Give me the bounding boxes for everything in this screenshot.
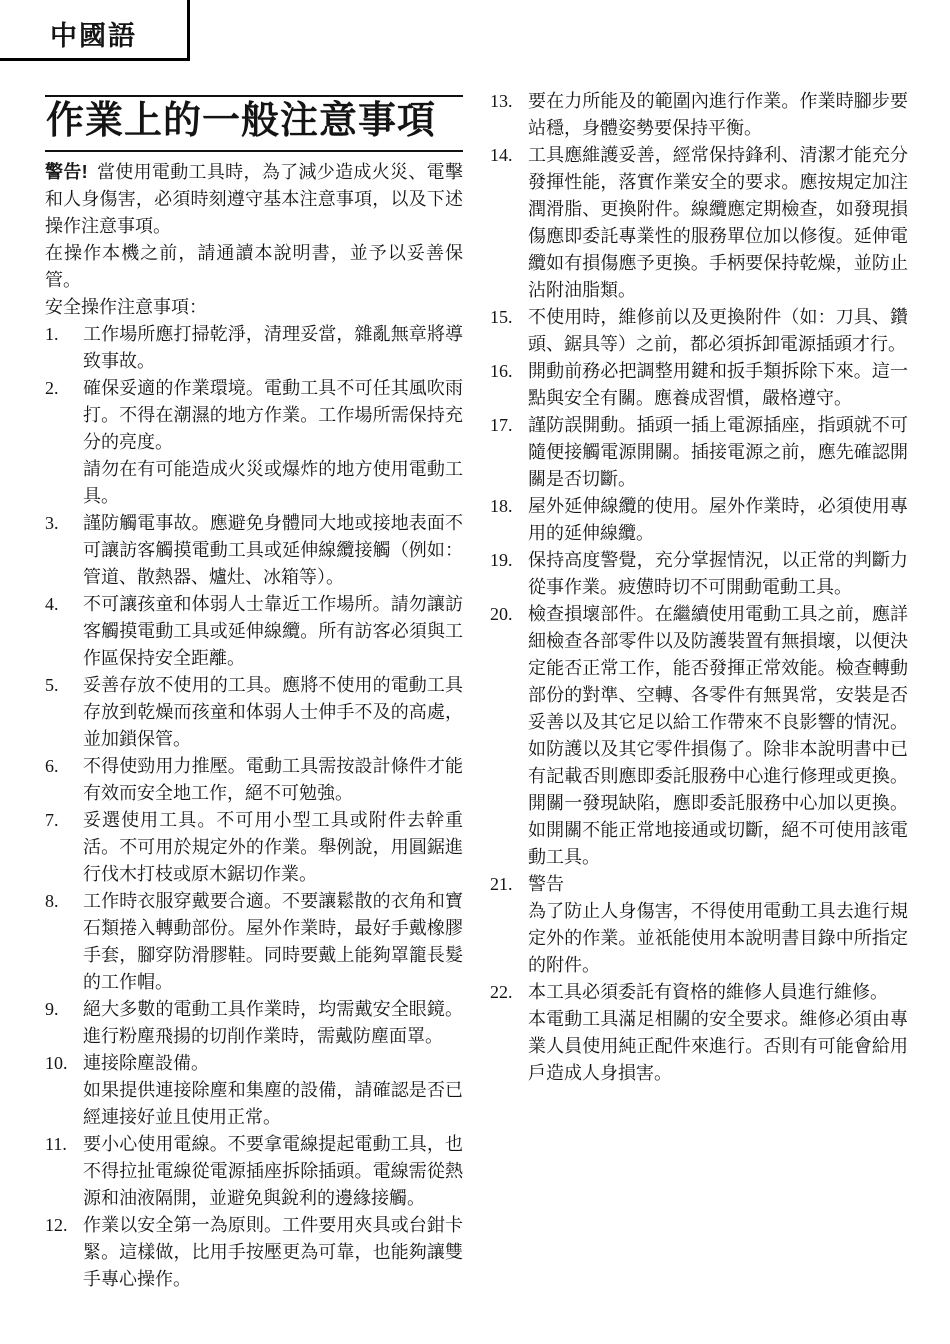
safety-item: 19. 保持高度警覺，充分掌握情況，以正常的判斷力從事作業。疲憊時切不可開動電動… [490, 547, 908, 601]
item-number: 16. [490, 358, 513, 385]
item-paragraph: 工作時衣服穿戴要合適。不要讓鬆散的衣角和寶石類捲入轉動部份。屋外作業時，最好手戴… [83, 888, 463, 996]
item-body: 不可讓孩童和体弱人士靠近工作場所。請勿讓訪客觸摸電動工具或延伸線纜。所有訪客必須… [83, 591, 463, 672]
item-body: 警告為了防止人身傷害，不得使用電動工具去進行規定外的作業。並祇能使用本說明書目錄… [528, 871, 908, 979]
item-paragraph: 妥善存放不使用的工具。應將不使用的電動工具存放到乾燥而孩童和体弱人士伸手不及的高… [83, 672, 463, 753]
item-body: 工作時衣服穿戴要合適。不要讓鬆散的衣角和寶石類捲入轉動部份。屋外作業時，最好手戴… [83, 888, 463, 996]
item-paragraph: 要在力所能及的範圍內進行作業。作業時腳步要站穩，身體姿勢要保持平衡。 [528, 88, 908, 142]
safety-item: 5. 妥善存放不使用的工具。應將不使用的電動工具存放到乾燥而孩童和体弱人士伸手不… [45, 672, 463, 753]
item-number: 12. [45, 1212, 68, 1239]
item-number: 4. [45, 591, 59, 618]
item-number: 6. [45, 753, 59, 780]
item-paragraph: 本工具必須委託有資格的維修人員進行維修。 [528, 979, 908, 1006]
item-paragraph: 檢查損壞部件。在繼續使用電動工具之前，應詳細檢查各部零件以及防護裝置有無損壞，以… [528, 601, 908, 871]
item-number: 5. [45, 672, 59, 699]
title-block: 作業上的一般注意事項 [45, 95, 463, 152]
item-paragraph: 保持高度警覺，充分掌握情況，以正常的判斷力從事作業。疲憊時切不可開動電動工具。 [528, 547, 908, 601]
item-paragraph: 確保妥適的作業環境。電動工具不可任其風吹雨打。不得在潮濕的地方作業。工作場所需保… [83, 375, 463, 456]
item-paragraph: 屋外延伸線纜的使用。屋外作業時，必須使用專用的延伸線纜。 [528, 493, 908, 547]
item-paragraph: 要小心使用電線。不要拿電線提起電動工具，也不得拉扯電線從電源插座拆除插頭。電線需… [83, 1131, 463, 1212]
item-number: 10. [45, 1050, 68, 1077]
item-number: 19. [490, 547, 513, 574]
item-number: 7. [45, 807, 59, 834]
item-paragraph: 如果提供連接除塵和集塵的設備，請確認是否已經連接好並且使用正常。 [83, 1077, 463, 1131]
left-column: 作業上的一般注意事項 警告!當使用電動工具時，為了減少造成火災、電擊和人身傷害，… [45, 95, 463, 1293]
safety-item: 11. 要小心使用電線。不要拿電線提起電動工具，也不得拉扯電線從電源插座拆除插頭… [45, 1131, 463, 1212]
item-paragraph: 不可讓孩童和体弱人士靠近工作場所。請勿讓訪客觸摸電動工具或延伸線纜。所有訪客必須… [83, 591, 463, 672]
safety-item: 3. 謹防觸電事故。應避免身體同大地或接地表面不可讓訪客觸摸電動工具或延伸線纜接… [45, 510, 463, 591]
item-number: 17. [490, 412, 513, 439]
item-body: 謹防觸電事故。應避免身體同大地或接地表面不可讓訪客觸摸電動工具或延伸線纜接觸（例… [83, 510, 463, 591]
safety-item: 1. 工作場所應打掃乾淨，清理妥當，雜亂無章將導致事故。 [45, 321, 463, 375]
item-number: 9. [45, 996, 59, 1023]
item-number: 1. [45, 321, 59, 348]
item-paragraph: 謹防觸電事故。應避免身體同大地或接地表面不可讓訪客觸摸電動工具或延伸線纜接觸（例… [83, 510, 463, 591]
item-number: 3. [45, 510, 59, 537]
safety-item: 2. 確保妥適的作業環境。電動工具不可任其風吹雨打。不得在潮濕的地方作業。工作場… [45, 375, 463, 510]
item-number: 22. [490, 979, 513, 1006]
safety-item: 12. 作業以安全第一為原則。工件要用夾具或台鉗卡緊。這樣做，比用手按壓更為可靠… [45, 1212, 463, 1293]
safety-item: 8. 工作時衣服穿戴要合適。不要讓鬆散的衣角和寶石類捲入轉動部份。屋外作業時，最… [45, 888, 463, 996]
item-body: 本工具必須委託有資格的維修人員進行維修。本電動工具滿足相關的安全要求。維修必須由… [528, 979, 908, 1087]
item-number: 18. [490, 493, 513, 520]
manual-page: 中國語 作業上的一般注意事項 警告!當使用電動工具時，為了減少造成火災、電擊和人… [0, 0, 950, 1344]
item-body: 開動前務必把調整用鍵和扳手類拆除下來。這一點與安全有關。應養成習慣，嚴格遵守。 [528, 358, 908, 412]
item-body: 要小心使用電線。不要拿電線提起電動工具，也不得拉扯電線從電源插座拆除插頭。電線需… [83, 1131, 463, 1212]
warning-paragraph: 警告!當使用電動工具時，為了減少造成火災、電擊和人身傷害，必須時刻遵守基本注意事… [45, 159, 463, 240]
safety-item: 4. 不可讓孩童和体弱人士靠近工作場所。請勿讓訪客觸摸電動工具或延伸線纜。所有訪… [45, 591, 463, 672]
item-body: 要在力所能及的範圍內進行作業。作業時腳步要站穩，身體姿勢要保持平衡。 [528, 88, 908, 142]
item-body: 謹防誤開動。插頭一插上電源插座，指頭就不可隨便接觸電源開關。插接電源之前，應先確… [528, 412, 908, 493]
safety-item: 15. 不使用時，維修前以及更換附件（如：刀具、鑽頭、鋸具等）之前，都必須拆卸電… [490, 304, 908, 358]
item-body: 妥善存放不使用的工具。應將不使用的電動工具存放到乾燥而孩童和体弱人士伸手不及的高… [83, 672, 463, 753]
item-number: 14. [490, 142, 513, 169]
item-body: 妥選使用工具。不可用小型工具或附件去幹重活。不可用於規定外的作業。舉例說，用圓鋸… [83, 807, 463, 888]
safety-item: 22. 本工具必須委託有資格的維修人員進行維修。本電動工具滿足相關的安全要求。維… [490, 979, 908, 1087]
warning-text: 當使用電動工具時，為了減少造成火災、電擊和人身傷害，必須時刻遵守基本注意事項，以… [45, 162, 463, 236]
item-paragraph: 工具應維護妥善，經常保持鋒利、清潔才能充分發揮性能，落實作業安全的要求。應按規定… [528, 142, 908, 304]
item-paragraph: 不使用時，維修前以及更換附件（如：刀具、鑽頭、鋸具等）之前，都必須拆卸電源插頭才… [528, 304, 908, 358]
warning-label: 警告! [45, 162, 88, 182]
item-body: 不使用時，維修前以及更換附件（如：刀具、鑽頭、鋸具等）之前，都必須拆卸電源插頭才… [528, 304, 908, 358]
item-body: 屋外延伸線纜的使用。屋外作業時，必須使用專用的延伸線纜。 [528, 493, 908, 547]
item-body: 連接除塵設備。如果提供連接除塵和集塵的設備，請確認是否已經連接好並且使用正常。 [83, 1050, 463, 1131]
safety-items-right: 13. 要在力所能及的範圍內進行作業。作業時腳步要站穩，身體姿勢要保持平衡。 1… [490, 88, 908, 1087]
safety-item: 10. 連接除塵設備。如果提供連接除塵和集塵的設備，請確認是否已經連接好並且使用… [45, 1050, 463, 1131]
item-body: 作業以安全第一為原則。工件要用夾具或台鉗卡緊。這樣做，比用手按壓更為可靠，也能夠… [83, 1212, 463, 1293]
item-paragraph: 謹防誤開動。插頭一插上電源插座，指頭就不可隨便接觸電源開關。插接電源之前，應先確… [528, 412, 908, 493]
item-body: 保持高度警覺，充分掌握情況，以正常的判斷力從事作業。疲憊時切不可開動電動工具。 [528, 547, 908, 601]
safety-item: 7. 妥選使用工具。不可用小型工具或附件去幹重活。不可用於規定外的作業。舉例說，… [45, 807, 463, 888]
item-paragraph: 妥選使用工具。不可用小型工具或附件去幹重活。不可用於規定外的作業。舉例說，用圓鋸… [83, 807, 463, 888]
item-body: 工具應維護妥善，經常保持鋒利、清潔才能充分發揮性能，落實作業安全的要求。應按規定… [528, 142, 908, 304]
intro-paragraph: 在操作本機之前，請通讀本說明書，並予以妥善保管。 [45, 240, 463, 294]
language-tab: 中國語 [0, 0, 190, 61]
item-number: 20. [490, 601, 513, 628]
safety-item: 16. 開動前務必把調整用鍵和扳手類拆除下來。這一點與安全有關。應養成習慣，嚴格… [490, 358, 908, 412]
safety-item: 20. 檢查損壞部件。在繼續使用電動工具之前，應詳細檢查各部零件以及防護裝置有無… [490, 601, 908, 871]
item-paragraph: 絕大多數的電動工具作業時，均需戴安全眼鏡。進行粉塵飛揚的切削作業時，需戴防塵面罩… [83, 996, 463, 1050]
safety-item: 14. 工具應維護妥善，經常保持鋒利、清潔才能充分發揮性能，落實作業安全的要求。… [490, 142, 908, 304]
item-paragraph: 本電動工具滿足相關的安全要求。維修必須由專業人員使用純正配件來進行。否則有可能會… [528, 1006, 908, 1087]
safety-item: 13. 要在力所能及的範圍內進行作業。作業時腳步要站穩，身體姿勢要保持平衡。 [490, 88, 908, 142]
page-title: 作業上的一般注意事項 [46, 101, 463, 141]
right-column: 13. 要在力所能及的範圍內進行作業。作業時腳步要站穩，身體姿勢要保持平衡。 1… [490, 88, 908, 1087]
item-number: 2. [45, 375, 59, 402]
item-paragraph: 工作場所應打掃乾淨，清理妥當，雜亂無章將導致事故。 [83, 321, 463, 375]
item-body: 確保妥適的作業環境。電動工具不可任其風吹雨打。不得在潮濕的地方作業。工作場所需保… [83, 375, 463, 510]
item-paragraph: 不得使勁用力推壓。電動工具需按設計條件才能有效而安全地工作，絕不可勉強。 [83, 753, 463, 807]
intro-section: 警告!當使用電動工具時，為了減少造成火災、電擊和人身傷害，必須時刻遵守基本注意事… [45, 159, 463, 321]
item-number: 15. [490, 304, 513, 331]
item-number: 8. [45, 888, 59, 915]
safety-item: 21. 警告為了防止人身傷害，不得使用電動工具去進行規定外的作業。並祇能使用本說… [490, 871, 908, 979]
item-body: 檢查損壞部件。在繼續使用電動工具之前，應詳細檢查各部零件以及防護裝置有無損壞，以… [528, 601, 908, 871]
item-number: 11. [45, 1131, 67, 1158]
item-paragraph: 請勿在有可能造成火災或爆炸的地方使用電動工具。 [83, 456, 463, 510]
safety-item: 6. 不得使勁用力推壓。電動工具需按設計條件才能有效而安全地工作，絕不可勉強。 [45, 753, 463, 807]
item-paragraph: 警告 [528, 871, 908, 898]
safety-item: 17. 謹防誤開動。插頭一插上電源插座，指頭就不可隨便接觸電源開關。插接電源之前… [490, 412, 908, 493]
item-number: 13. [490, 88, 513, 115]
item-body: 工作場所應打掃乾淨，清理妥當，雜亂無章將導致事故。 [83, 321, 463, 375]
item-paragraph: 連接除塵設備。 [83, 1050, 463, 1077]
language-tab-label: 中國語 [50, 14, 137, 53]
safety-item: 18. 屋外延伸線纜的使用。屋外作業時，必須使用專用的延伸線纜。 [490, 493, 908, 547]
item-paragraph: 作業以安全第一為原則。工件要用夾具或台鉗卡緊。這樣做，比用手按壓更為可靠，也能夠… [83, 1212, 463, 1293]
intro-paragraph: 安全操作注意事項： [45, 294, 463, 321]
item-body: 不得使勁用力推壓。電動工具需按設計條件才能有效而安全地工作，絕不可勉強。 [83, 753, 463, 807]
item-number: 21. [490, 871, 513, 898]
item-paragraph: 為了防止人身傷害，不得使用電動工具去進行規定外的作業。並祇能使用本說明書目錄中所… [528, 898, 908, 979]
item-body: 絕大多數的電動工具作業時，均需戴安全眼鏡。進行粉塵飛揚的切削作業時，需戴防塵面罩… [83, 996, 463, 1050]
item-paragraph: 開動前務必把調整用鍵和扳手類拆除下來。這一點與安全有關。應養成習慣，嚴格遵守。 [528, 358, 908, 412]
safety-item: 9. 絕大多數的電動工具作業時，均需戴安全眼鏡。進行粉塵飛揚的切削作業時，需戴防… [45, 996, 463, 1050]
safety-items-left: 1. 工作場所應打掃乾淨，清理妥當，雜亂無章將導致事故。 2. 確保妥適的作業環… [45, 321, 463, 1293]
